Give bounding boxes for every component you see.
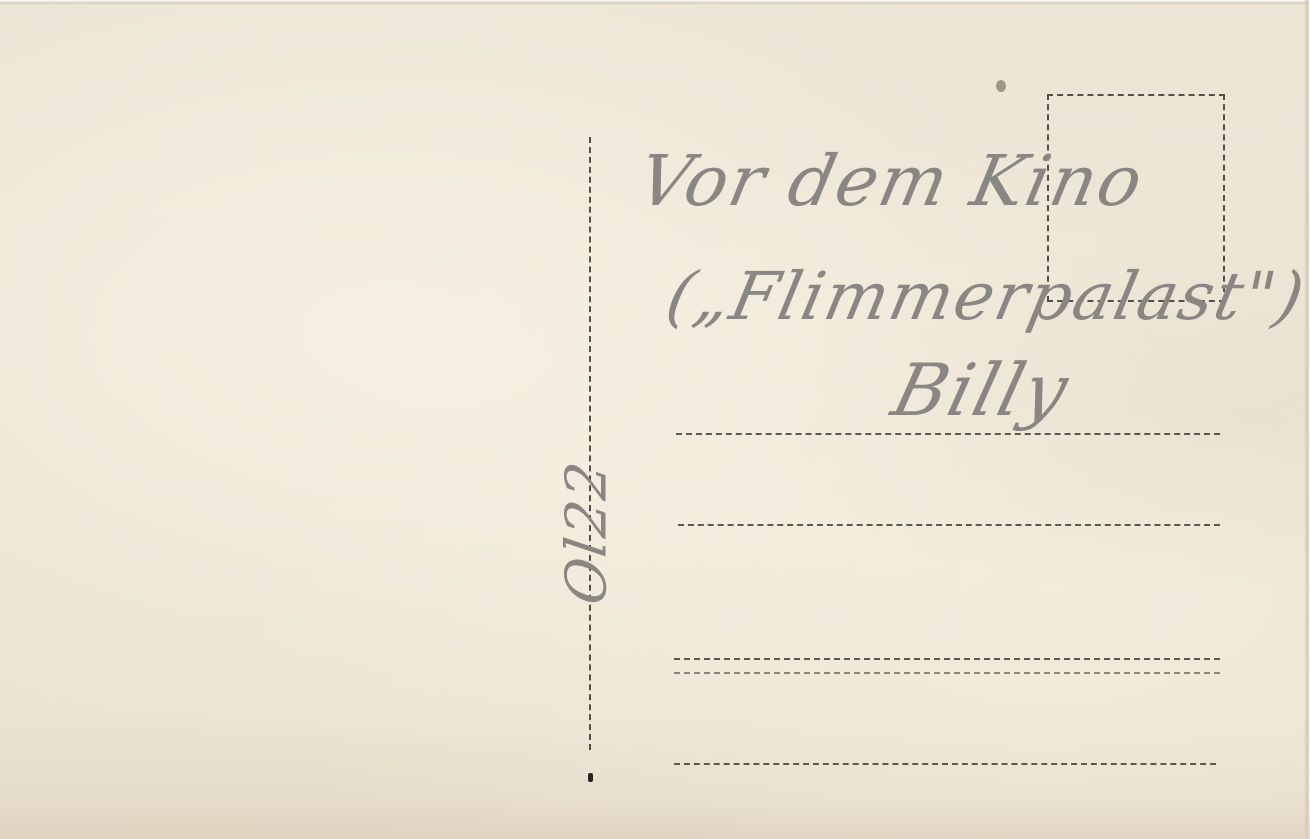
handwritten-line-2: („Flimmerpalast") [660,258,1310,335]
address-line-3 [674,658,1220,660]
card-bottom-shadow [0,799,1310,839]
card-right-edge [1304,0,1310,839]
divider-end-mark [588,773,593,782]
card-top-edge [0,0,1310,5]
address-line-1 [676,433,1220,435]
address-line-4 [674,672,1220,674]
postcard-back: Vor dem Kino („Flimmerpalast") Billy Ol2… [0,0,1310,839]
address-line-2 [678,524,1220,526]
handwritten-margin-note: Ol22 [555,438,620,627]
handwritten-line-1: Vor dem Kino [631,140,1151,222]
ink-spot [996,80,1006,92]
address-line-5 [674,763,1216,765]
handwritten-signature: Billy [885,348,1079,432]
